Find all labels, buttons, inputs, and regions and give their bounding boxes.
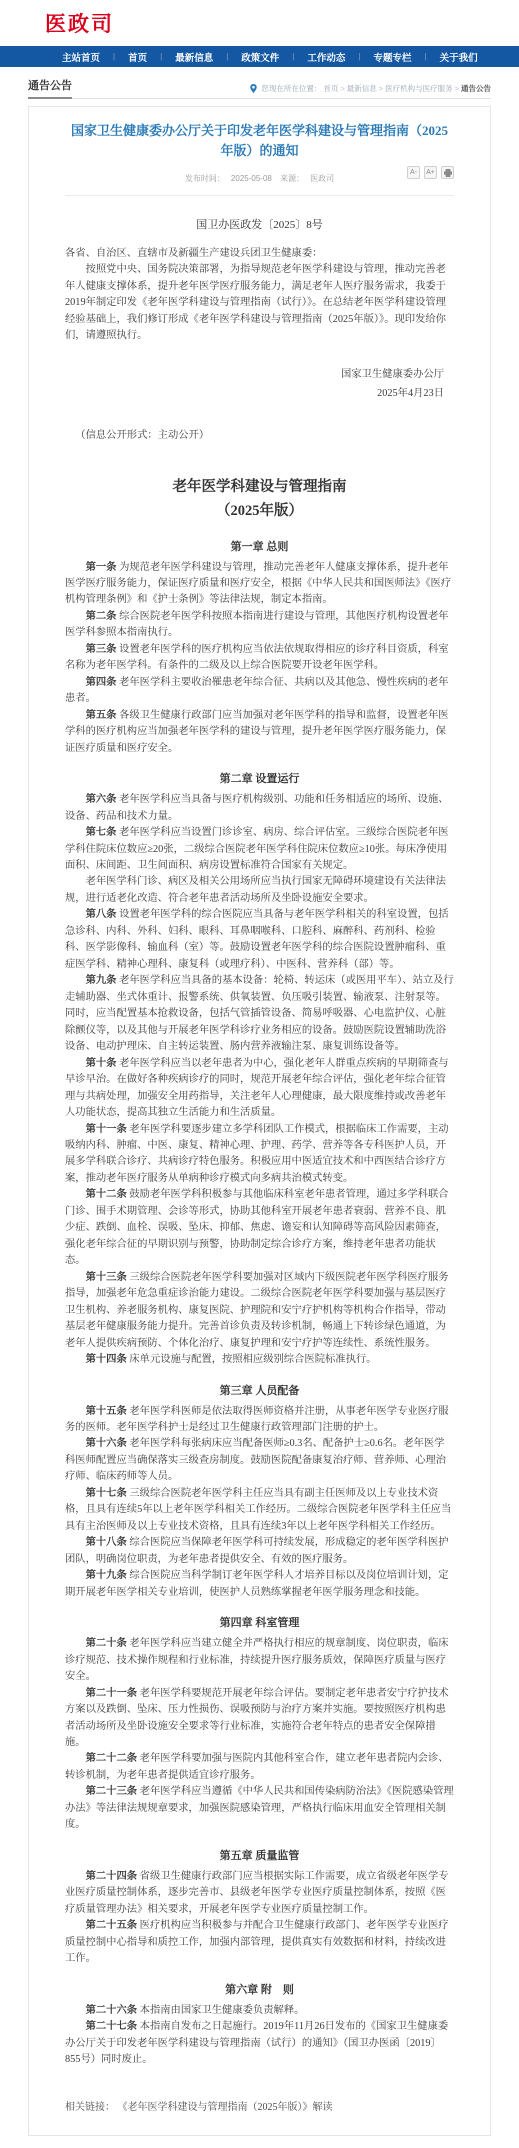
article-number: 第十一条: [86, 1124, 130, 1135]
source-value: 医政司: [310, 174, 334, 183]
breadcrumb-list: 首页>最新信息>医疗机构与医疗服务>通告公告: [323, 83, 491, 94]
font-decrease-button[interactable]: A-: [407, 166, 420, 179]
guide-article: 第九条 老年医学科应当具备的基本设备：轮椅、转运床（或医用平车）、站立及行走辅助…: [65, 973, 454, 1055]
guide-subtitle: （2025年版）: [65, 500, 454, 523]
nav-separator: |: [104, 52, 124, 61]
nav-separator: |: [283, 52, 303, 61]
chapter-heading: 第一章 总则: [65, 538, 454, 554]
article-number: 第二十四条: [86, 1871, 140, 1882]
salutation: 各省、自治区、直辖市及新疆生产建设兵团卫生健康委：: [65, 246, 454, 262]
publish-date: 2025-05-08: [231, 174, 272, 183]
article-number: 第七条: [86, 827, 119, 838]
guide-paragraph: 老年医学科门诊、病区及相关公用场所应当执行国家无障碍环境建设有关法律法规，进行适…: [65, 874, 454, 907]
article-number: 第十九条: [86, 1570, 130, 1581]
nav-separator: |: [349, 52, 369, 61]
article-number: 第十四条: [86, 1354, 130, 1365]
article-number: 第十六条: [86, 1438, 130, 1449]
nav-separator: |: [217, 52, 237, 61]
article-number: 第八条: [86, 909, 119, 920]
guide-article: 第十一条 老年医学科要逐步建立多学科团队工作模式，根据临床工作需要，主动吸纳内科…: [65, 1122, 454, 1188]
doc-number: 国卫办医政发〔2025〕8号: [65, 216, 454, 232]
article-number: 第十八条: [86, 1537, 130, 1548]
guide-article: 第十六条 老年医学科每张病床应当配备医师≥0.3名、配备护士≥0.6名。老年医学…: [65, 1436, 454, 1485]
nav-item-2[interactable]: 首页: [124, 50, 151, 64]
nav-separator: |: [415, 52, 435, 61]
article-number: 第十七条: [86, 1488, 130, 1499]
article-number: 第十五条: [86, 1406, 130, 1417]
article-number: 第九条: [86, 975, 119, 986]
article-number: 第二十三条: [86, 1786, 140, 1797]
notice-intro: 按照党中央、国务院决策部署，为指导规范老年医学科建设与管理，推动完善老年人健康支…: [65, 262, 454, 344]
guide-article: 第二十条 老年医学科应当建立健全并严格执行相应的规章制度、岗位职责，临床诊疗规范…: [65, 1636, 454, 1685]
guide-article: 第七条 老年医学科应当设置门诊诊室、病房、综合评估室。三级综合医院老年医学科住院…: [65, 825, 454, 874]
article-number: 第二十五条: [86, 1920, 140, 1931]
article-number: 第二十六条: [86, 2005, 140, 2016]
article-number: 第六条: [86, 794, 119, 805]
breadcrumb-row: 通告公告 您现在所在位置： 首页>最新信息>医疗机构与医疗服务>通告公告: [28, 77, 491, 99]
meta-info: 发布时间：2025-05-08 来源：医政司: [182, 174, 337, 183]
article-number: 第五条: [86, 710, 119, 721]
nav-item-5[interactable]: 工作动态: [303, 50, 349, 64]
guide-article: 第十七条 三级综合医院老年医学科主任应当具有副主任医师及以上专业技术资格，且具有…: [65, 1486, 454, 1535]
print-button[interactable]: [441, 166, 454, 179]
article-tools: A- A+: [407, 166, 454, 179]
site-header: 医政司: [0, 0, 519, 46]
breadcrumb-prefix: 您现在所在位置：: [261, 83, 321, 94]
guide-body: 第一章 总则第一条 为规范老年医学科建设与管理，推动完善老年人健康支撑体系，提升…: [65, 538, 454, 2069]
article-number: 第二十一条: [86, 1688, 140, 1699]
meta-row: 发布时间：2025-05-08 来源：医政司 A- A+: [65, 168, 454, 196]
guide-article: 第十条 老年医学科应当以老年患者为中心，强化老年人群重点疾病的早期筛查与早诊早治…: [65, 1056, 454, 1122]
chapter-heading: 第四章 科室管理: [65, 1614, 454, 1630]
section-title: 通告公告: [28, 77, 72, 99]
guide-article: 第二条 综合医院老年医学科按照本指南进行建设与管理，其他医疗机构设置老年医学科参…: [65, 609, 454, 642]
nav-item-1[interactable]: 主站首页: [58, 50, 104, 64]
signer-block: 国家卫生健康委办公厅 2025年4月23日: [65, 365, 444, 404]
crumb-3[interactable]: 医疗机构与医疗服务: [385, 84, 453, 93]
guide-article: 第二十三条 老年医学科应当遵循《中华人民共和国传染病防治法》《医院感染管理办法》…: [65, 1784, 454, 1833]
guide-article: 第五条 各级卫生健康行政部门应当加强对老年医学科的指导和监督，设置老年医学科的医…: [65, 708, 454, 757]
article-number: 第十三条: [86, 1272, 130, 1283]
crumb-2[interactable]: 最新信息: [347, 84, 377, 93]
source-label: 来源：: [280, 174, 304, 183]
disclosure-note: （信息公开形式：主动公开）: [65, 426, 454, 441]
font-increase-button[interactable]: A+: [424, 166, 437, 179]
nav-item-6[interactable]: 专题专栏: [369, 50, 415, 64]
article-number: 第十二条: [86, 1189, 130, 1200]
crumb-4[interactable]: 通告公告: [461, 84, 491, 93]
chapter-heading: 第五章 质量监管: [65, 1847, 454, 1863]
article-number: 第二十二条: [86, 1753, 140, 1764]
guide-article: 第十三条 三级综合医院老年医学科要加强对区域内下级医院老年医学科医疗服务指导，加…: [65, 1270, 454, 1352]
guide-article: 第二十二条 老年医学科要加强与医院内其他科室合作，建立老年患者院内会诊、转诊机制…: [65, 1751, 454, 1784]
article-number: 第二条: [86, 611, 119, 622]
nav-item-4[interactable]: 政策文件: [237, 50, 283, 64]
nav-separator: |: [151, 52, 171, 61]
guide-article: 第四条 老年医学科主要收治罹患老年综合征、共病以及其他急、慢性疾病的老年患者。: [65, 675, 454, 708]
sign-date: 2025年4月23日: [65, 384, 444, 404]
guide-title: 老年医学科建设与管理指南: [65, 475, 454, 500]
notice-body: 各省、自治区、直辖市及新疆生产建设兵团卫生健康委： 按照党中央、国务院决策部署，…: [65, 246, 454, 345]
guide-article: 第十五条 老年医学科医师是依法取得医师资格并注册，从事老年医学专业医疗服务的医师…: [65, 1404, 454, 1437]
guide-article: 第二十五条 医疗机构应当积极参与并配合卫生健康行政部门、老年医学专业医疗质量控制…: [65, 1918, 454, 1967]
breadcrumb: 您现在所在位置： 首页>最新信息>医疗机构与医疗服务>通告公告: [250, 83, 491, 94]
guide-article: 第二十六条 本指南由国家卫生健康委负责解释。: [65, 2003, 454, 2019]
nav-item-3[interactable]: 最新信息: [171, 50, 217, 64]
chapter-heading: 第二章 设置运行: [65, 770, 454, 786]
guide-article: 第二十七条 本指南自发布之日起施行。2019年11月26日发布的《国家卫生健康委…: [65, 2019, 454, 2068]
guide-article: 第二十一条 老年医学科要规范开展老年综合评估。要制定老年患者安宁疗护技术方案以及…: [65, 1686, 454, 1752]
article-container: 国家卫生健康委办公厅关于印发老年医学科建设与管理指南（2025年版）的通知 发布…: [28, 106, 491, 2136]
related-label: 相关链接：: [65, 2102, 115, 2113]
guide-article: 第十二条 鼓励老年医学科积极参与其他临床科室老年患者管理，通过多学科联合门诊、围…: [65, 1187, 454, 1269]
guide-article: 第一条 为规范老年医学科建设与管理，推动完善老年人健康支撑体系，提升老年医学医疗…: [65, 560, 454, 609]
location-pin-icon: [250, 84, 257, 93]
guide-article: 第六条 老年医学科应当具备与医疗机构级别、功能和任务相适应的场所、设施、设备、药…: [65, 792, 454, 825]
guide-article: 第十九条 综合医院应当科学制订老年医学科人才培养目标以及岗位培训计划，定期开展老…: [65, 1568, 454, 1601]
guide-article: 第十四条 床单元设施与配置，按照相应级别综合医院标准执行。: [65, 1352, 454, 1368]
article-number: 第二十条: [86, 1638, 130, 1649]
chapter-heading: 第三章 人员配备: [65, 1382, 454, 1398]
guide-article: 第十八条 综合医院应当保障老年医学科可持续发展，形成稳定的老年医学科医护团队，明…: [65, 1535, 454, 1568]
site-logo: 医政司: [45, 8, 114, 38]
related-links: 相关链接： 《老年医学科建设与管理指南（2025年版）》解读: [65, 2098, 454, 2113]
print-icon: [444, 169, 452, 177]
crumb-separator: >: [453, 84, 461, 93]
guide-article: 第二十四条 省级卫生健康行政部门应当根据实际工作需要，成立省级老年医学专业医疗质…: [65, 1869, 454, 1918]
guide-article: 第三条 设置老年医学科的医疗机构应当依法依规取得相应的诊疗科目资质，科室名称为老…: [65, 642, 454, 675]
page-title: 国家卫生健康委办公厅关于印发老年医学科建设与管理指南（2025年版）的通知: [65, 121, 454, 160]
article-number: 第十条: [86, 1058, 119, 1069]
article-number: 第一条: [86, 562, 119, 573]
crumb-1[interactable]: 首页: [323, 84, 338, 93]
signer: 国家卫生健康委办公厅: [65, 365, 444, 385]
guide-article: 第八条 设置老年医学科的综合医院应当具备与老年医学科相关的科室设置，包括急诊科、…: [65, 907, 454, 973]
article-number: 第四条: [86, 677, 119, 688]
related-link[interactable]: 《老年医学科建设与管理指南（2025年版）》解读: [118, 2102, 333, 2113]
article-number: 第三条: [86, 644, 119, 655]
crumb-separator: >: [377, 84, 385, 93]
nav-item-7[interactable]: 关于我们: [436, 50, 482, 64]
crumb-separator: >: [338, 84, 346, 93]
main-nav: 主站首页|首页|最新信息|政策文件|工作动态|专题专栏|关于我们: [0, 46, 519, 67]
publish-label: 发布时间：: [185, 174, 225, 183]
article-number: 第二十七条: [86, 2021, 140, 2032]
chapter-heading: 第六章 附 则: [65, 1981, 454, 1997]
